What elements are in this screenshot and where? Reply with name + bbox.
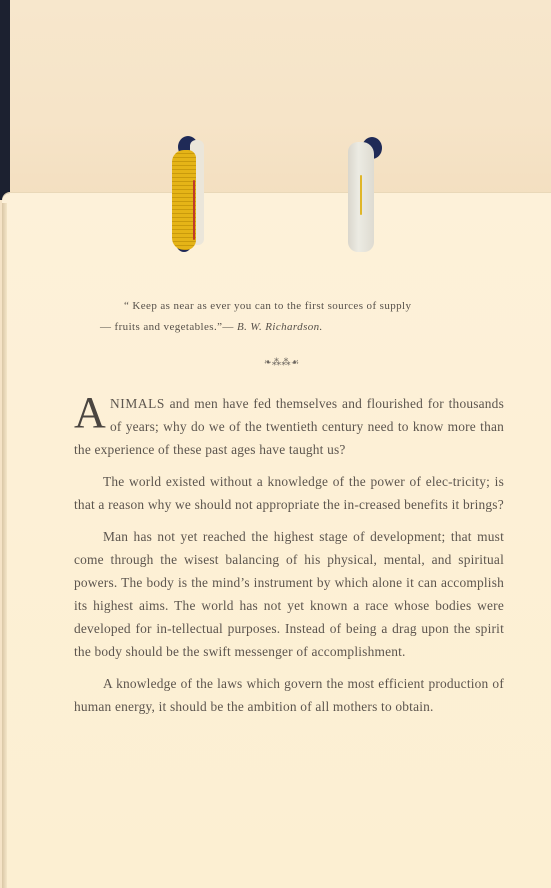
paragraph-2: The world existed without a knowledge of… [74, 470, 504, 516]
binding-edge [0, 0, 10, 200]
epigraph: “ Keep as near as ever you can to the fi… [100, 296, 480, 338]
lead-word: NIMALS [110, 396, 165, 411]
epigraph-line-2-text: — fruits and vegetables.”— [100, 321, 237, 333]
back-page [10, 0, 551, 200]
paragraph-1: ANIMALS and men have fed themselves and … [74, 392, 504, 461]
ornament-divider-icon: ❧⁂⁂☙ [264, 357, 300, 368]
epigraph-line-1: “ Keep as near as ever you can to the fi… [100, 296, 480, 317]
body-text: ANIMALS and men have fed themselves and … [74, 392, 504, 727]
drop-cap: A [74, 395, 106, 431]
paragraph-3: Man has not yet reached the highest stag… [74, 525, 504, 663]
white-ribbon-yellow-stripe [360, 175, 362, 215]
red-ribbon-stripe [193, 180, 195, 240]
epigraph-line-2: — fruits and vegetables.”— B. W. Richard… [100, 317, 480, 338]
epigraph-author: B. W. Richardson. [237, 321, 323, 333]
paragraph-4: A knowledge of the laws which govern the… [74, 672, 504, 718]
